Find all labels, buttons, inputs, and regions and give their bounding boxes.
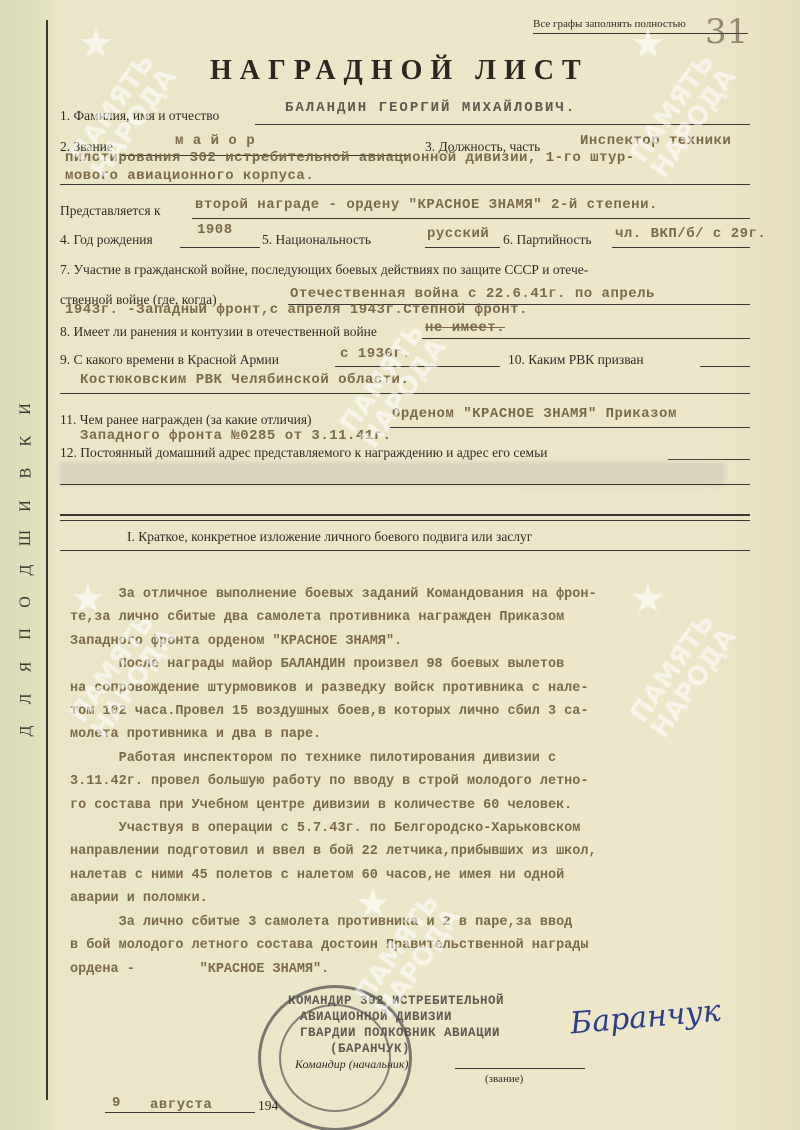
field-9-label: 9. С какого времени в Красной Армии — [60, 352, 279, 368]
field-6-label: 6. Партийность — [503, 232, 592, 248]
binding-margin-line — [46, 20, 48, 1100]
date-day: 9 — [112, 1095, 121, 1111]
field-6-value: чл. ВКП/б/ с 29г. — [615, 226, 766, 242]
field-3-value-line2: пилотирования 302 истребительной авиацио… — [65, 150, 635, 166]
field-12-underline — [668, 459, 750, 460]
watermark-star-icon: ★ — [630, 20, 666, 67]
sheet-number: 31 — [705, 12, 748, 52]
date-month: августа — [150, 1097, 212, 1113]
presented-underline — [192, 218, 750, 219]
narrative-line: молета противника и два в паре. — [70, 723, 790, 746]
field-7-label: 7. Участие в гражданской войне, последую… — [60, 262, 588, 278]
seal-inner-ring — [279, 1004, 391, 1112]
field-11-value: Орденом "КРАСНОЕ ЗНАМЯ" Приказом — [392, 406, 677, 422]
field-1-value: БАЛАНДИН ГЕОРГИЙ МИХАЙЛОВИЧ. — [285, 100, 576, 116]
margin-letter: Л — [17, 693, 35, 704]
field-12-underline-2 — [60, 484, 750, 485]
field-7-value-line2: 1943г. -Западный фронт,с апреля 1943г.Ст… — [65, 302, 528, 318]
redacted-address — [60, 462, 725, 486]
field-3-underline — [60, 184, 750, 185]
field-4-value: 1908 — [197, 222, 233, 238]
page-title: НАГРАДНОЙ ЛИСТ — [210, 55, 589, 87]
field-5-value: русский — [427, 226, 489, 242]
presented-value: второй награде - ордену "КРАСНОЕ ЗНАМЯ" … — [195, 197, 658, 213]
margin-letter: Д — [17, 564, 35, 575]
margin-letter: И — [17, 403, 35, 415]
field-12-label: 12. Постоянный домашний адрес представля… — [60, 445, 547, 461]
award-sheet-page: Д Л Я П О Д Ш И В К И Все графы заполнят… — [0, 0, 800, 1130]
margin-letter: К — [17, 436, 35, 447]
field-11-underline — [390, 427, 750, 428]
margin-letter: Д — [17, 725, 35, 736]
narrative-line: За отличное выполнение боевых заданий Ко… — [70, 583, 790, 606]
field-10-underline — [700, 366, 750, 367]
narrative-line: те,за лично сбитые два самолета противни… — [70, 606, 790, 629]
narrative-line: го состава при Учебном центре дивизии в … — [70, 794, 790, 817]
field-8-underline — [422, 338, 750, 339]
date-year: 194 — [258, 1098, 278, 1114]
section-divider-top-2 — [60, 520, 750, 521]
handwritten-signature: Баранчук — [569, 993, 722, 1041]
watermark-star-icon: ★ — [630, 575, 666, 622]
field-11-value-line2: Западного фронта №0285 от 3.11.41г. — [80, 428, 392, 444]
field-4-label: 4. Год рождения — [60, 232, 153, 248]
presented-label: Представляется к — [60, 203, 161, 219]
watermark-star-icon: ★ — [78, 20, 114, 67]
section-divider-top — [60, 514, 750, 516]
section-divider-bottom — [60, 550, 750, 551]
field-5-label: 5. Национальность — [262, 232, 371, 248]
margin-letter: О — [17, 596, 35, 608]
rank-caption: (звание) — [485, 1073, 523, 1085]
margin-letter: П — [17, 629, 35, 641]
watermark: ПАМЯТЬНАРОДА — [626, 49, 741, 182]
section-title: I. Краткое, конкретное изложение личного… — [127, 529, 532, 545]
margin-letter: И — [17, 500, 35, 512]
date-underline — [105, 1112, 255, 1113]
watermark-star-icon: ★ — [355, 880, 391, 927]
binding-margin-label: Д Л Я П О Д Ш И В К И — [14, 400, 38, 740]
narrative-line: 3.11.42г. провел большую работу по вводу… — [70, 770, 790, 793]
field-10-label: 10. Каким РВК призван — [508, 352, 644, 368]
rank-underline — [455, 1068, 585, 1069]
margin-letter: Я — [17, 661, 35, 672]
field-11-label: 11. Чем ранее награжден (за какие отличи… — [60, 412, 312, 428]
margin-letter: Ш — [17, 530, 35, 546]
field-7-value: Отечественная война с 22.6.41г. по апрел… — [290, 286, 655, 302]
field-4-underline — [180, 247, 260, 248]
field-6-underline — [612, 247, 750, 248]
field-5-underline — [425, 247, 500, 248]
field-8-value: не имеет. — [425, 320, 505, 336]
field-2-value: м а й о р — [175, 133, 255, 149]
narrative-line: Участвуя в операции с 5.7.43г. по Белгор… — [70, 817, 790, 840]
margin-letter: В — [17, 468, 35, 479]
field-8-label: 8. Имеет ли ранения и контузии в отечест… — [60, 324, 377, 340]
narrative-line: налетав с ними 45 полетов с налетом 60 ч… — [70, 864, 790, 887]
watermark-star-icon: ★ — [70, 575, 106, 622]
narrative-line: направлении подготовил и ввел в бой 22 л… — [70, 840, 790, 863]
narrative-line: Работая инспектором по технике пилотиров… — [70, 747, 790, 770]
